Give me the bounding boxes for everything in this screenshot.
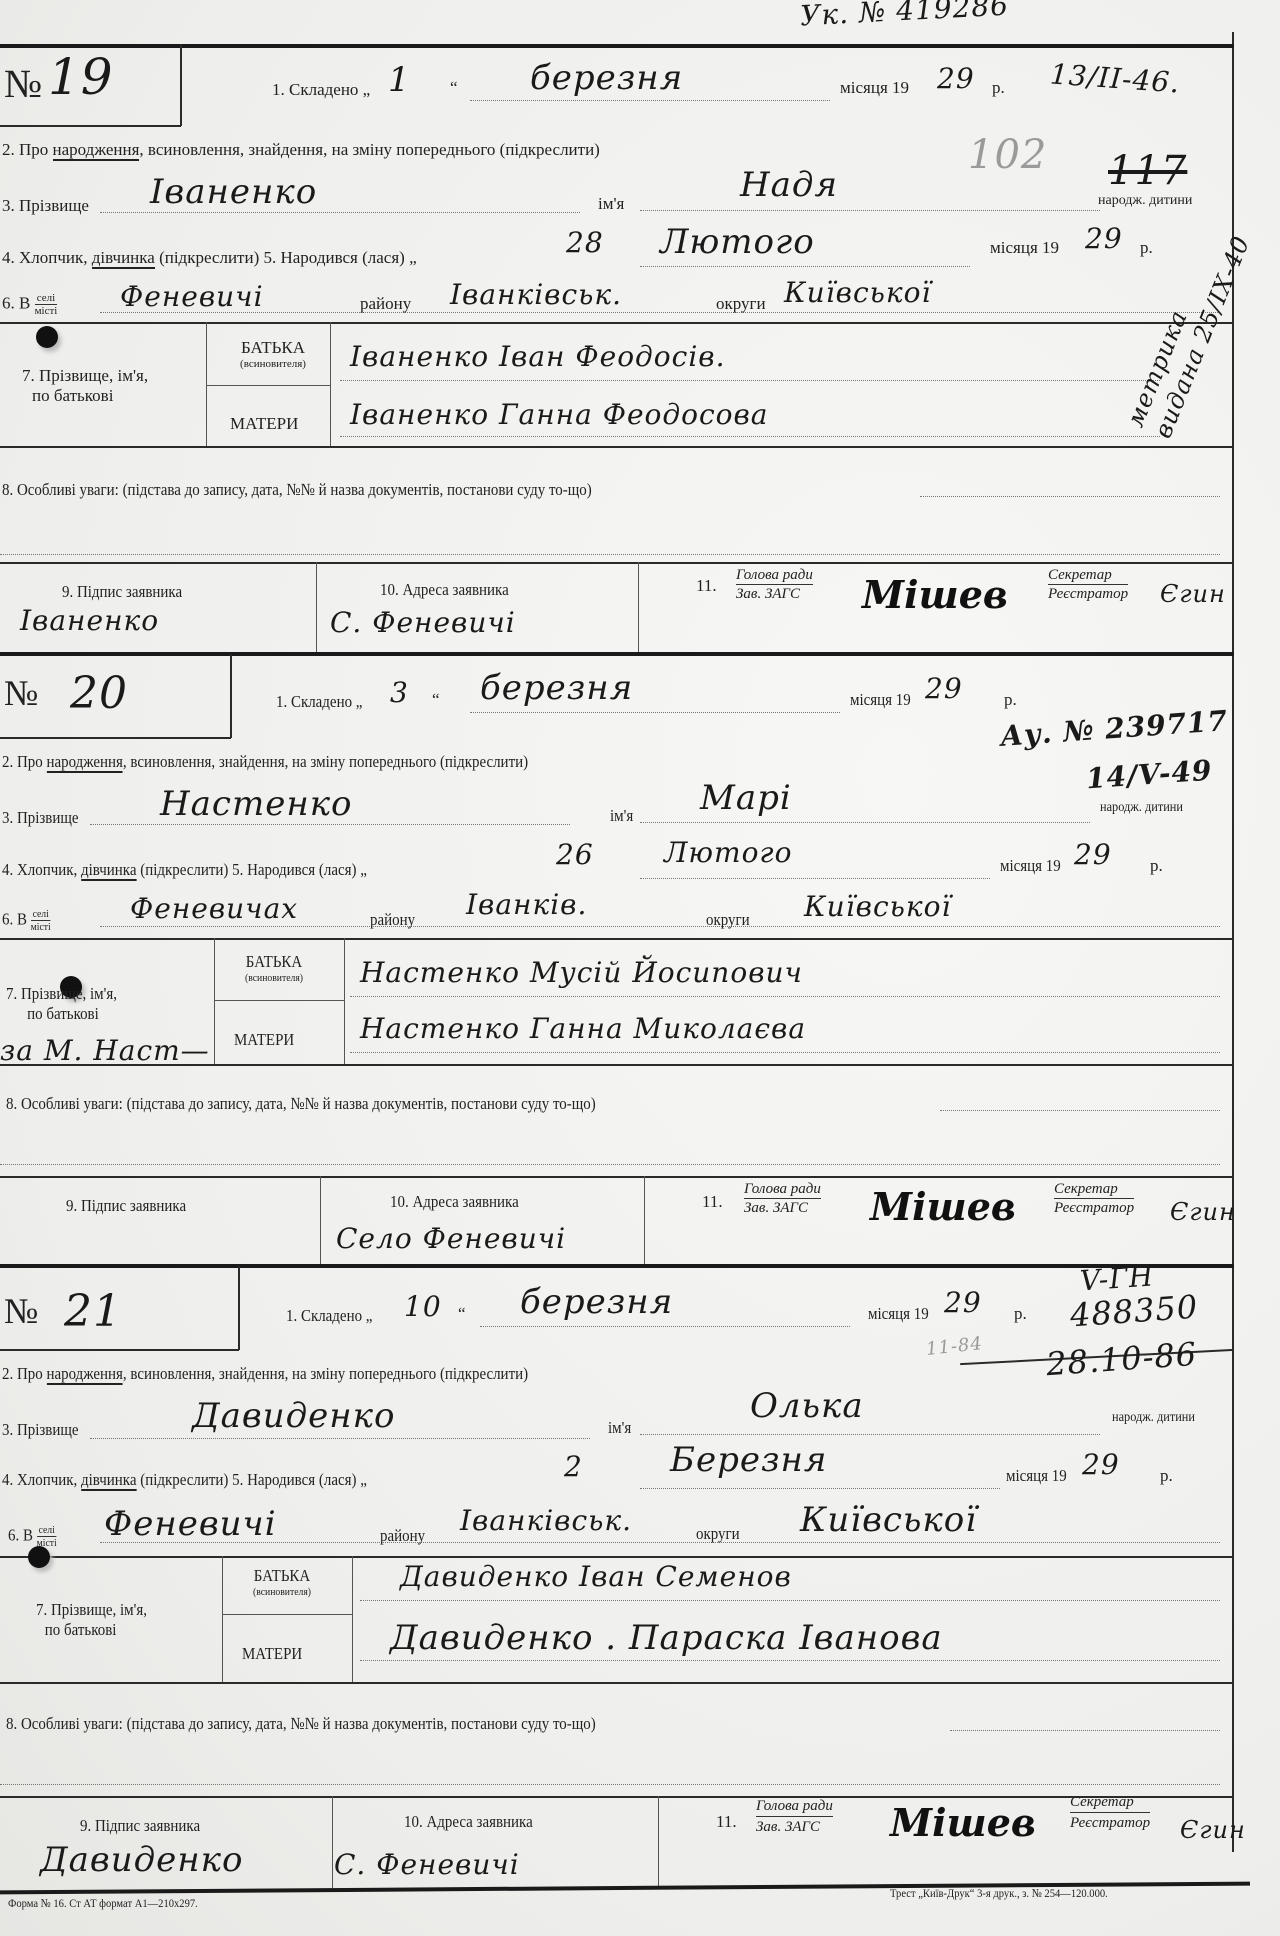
secretary-label: СекретарРеєстратор [1048,566,1128,603]
birth-year-suffix: р. [1140,238,1153,258]
record-top-rule [0,44,1234,48]
surname-label: 3. Прізвище [2,1420,79,1440]
name-label: ім'я [608,1418,631,1438]
field11-label: 11. [702,1192,723,1212]
applicant-address-label: 10. Адреса заявника [380,580,509,600]
side-note-faint: 11-84 [925,1333,984,1360]
birth-day: 26 [556,838,594,871]
okruha-label: округи [716,294,766,314]
surname: Іваненко [150,172,317,212]
district: Іванків. [466,888,587,921]
dotline [0,1784,1220,1785]
dotline [940,1110,1220,1111]
composed-label: 1. Складено „ [276,692,362,712]
birth-year-suffix: р. [1160,1466,1173,1486]
birth-month: Березня [670,1440,827,1480]
name-label: ім'я [598,194,624,214]
dotline [360,1660,1220,1661]
village: Феневичі [104,1504,277,1544]
mother-name: Настенко Ганна Миколаєва [360,1012,806,1045]
rule [0,938,1234,940]
divider [330,322,331,446]
month-label: місяця 19 [840,78,909,98]
dotline [470,712,840,713]
rule [0,1176,1234,1178]
composed-month: березня [530,58,683,98]
father-label: БАТЬКА(всиновителя) [230,952,318,984]
birth-month-label: місяця 19 [1006,1466,1067,1486]
given-name: Надя [740,165,838,205]
field2-label: 2. Про народження, всиновлення, знайденн… [2,1364,528,1384]
mother-label: МАТЕРИ [234,1030,294,1050]
dotline [640,1488,1000,1489]
head-signature: Мішев [890,1800,1036,1845]
record-number: 21 [64,1286,122,1337]
given-name: Олька [750,1386,864,1426]
register-page: Ук. № 419286 № 19 1. Складено „ 1 “ бере… [0,0,1280,1936]
punch-hole [36,326,58,348]
okruha-label: округи [696,1524,740,1544]
district-label: району [360,294,411,314]
birth-day: 2 [564,1450,583,1483]
gender-birth-label: 4. Хлопчик, дівчинка (підкреслити) 5. На… [2,1470,367,1490]
district: Іванківськ. [460,1504,632,1537]
side-note-date: 13/ІІ-46. [1049,57,1181,99]
field11-label: 11. [716,1812,737,1832]
divider [644,1176,645,1264]
birth-month-label: місяця 19 [1000,856,1061,876]
composed-month: березня [520,1282,673,1322]
rule [0,1682,1234,1684]
divider [344,938,345,1064]
special-notes-label: 8. Особливі уваги: (підстава до запису, … [6,1714,596,1734]
footer-printer-info: Трест „Київ-Друк“ 3-я друк., з. № 254—12… [890,1886,1108,1901]
head-label: Голова радиЗав. ЗАГС [744,1180,821,1217]
mother-name: Іваненко Ганна Феодосова [350,398,769,431]
father-name: Давиденко Іван Семенов [400,1560,792,1593]
parents-label: 7. Прізвище, ім'я,по батькові [6,984,117,1024]
mother-name: Давиденко . Параска Іванова [390,1618,943,1658]
rule [0,322,1234,324]
record-bottom-rule [0,1264,1234,1268]
composed-year: 29 [944,1286,982,1319]
mother-dotline [340,436,1160,437]
composed-day: 3 [390,676,409,709]
dotline [480,1326,850,1327]
birth-month: Лютого [664,836,792,869]
birth-month-dotline [640,266,970,267]
applicant-signature: Іваненко [20,604,159,637]
dotline [100,926,1220,927]
okruha: Київської [804,890,951,923]
special-notes-label: 8. Особливі уваги: (підстава до запису, … [6,1094,596,1114]
name-dotline [640,210,1100,211]
divider [222,1556,223,1682]
number-label: № [4,672,38,714]
month-dotline [470,100,830,101]
surname: Настенко [160,784,353,824]
divider [352,1556,353,1682]
record-number: 19 [48,48,114,106]
number-box-bottom [0,737,231,739]
applicant-address-label: 10. Адреса заявника [390,1192,519,1212]
composed-month: березня [480,668,633,708]
left-margin-note: за М. Наст— [0,1034,210,1067]
okruha: Київської [800,1500,977,1540]
dotline [920,496,1220,497]
side-note-doc-number: Ау. № 239717 [999,704,1229,753]
top-annotation: Ук. № 419286 [799,0,1009,32]
field11-label: 11. [696,576,717,596]
parents-label: 7. Прізвище, ім'я,по батькові [22,366,148,406]
name-label: ім'я [610,806,633,826]
parents-label: 7. Прізвище, ім'я,по батькові [36,1600,147,1640]
district-label: району [370,910,415,930]
number-label: № [4,60,42,107]
place-label: 6. В селімісті [8,1524,57,1549]
quote-mark: “ [432,690,440,710]
applicant-address-label: 10. Адреса заявника [404,1812,533,1832]
father-name: Настенко Мусій Йосипович [360,956,803,989]
rule [206,385,330,386]
year-suffix: р. [1014,1304,1027,1324]
rule [222,1614,352,1615]
dotline [640,878,990,879]
applicant-address: С. Феневичі [334,1848,520,1881]
rule [0,1796,1234,1798]
side-note-faint-number: 102 [968,132,1047,178]
dotline [0,554,1220,555]
registrar-signature: Єгин [1170,1198,1236,1226]
birth-day: 28 [566,226,604,259]
surname-label: 3. Прізвище [2,808,79,828]
surname-dotline [100,212,580,213]
father-dotline [340,380,1160,381]
applicant-signature: Давиденко [40,1840,243,1880]
year-suffix: р. [1004,690,1017,710]
dotline [950,1730,1220,1731]
divider [320,1176,321,1264]
registrar-signature: Єгин [1180,1816,1246,1844]
rule [0,446,1234,448]
district: Іванківськ. [450,278,622,311]
number-label: № [4,1290,38,1332]
record-bottom-rule [0,652,1234,656]
applicant-sig-label: 9. Підпис заявника [62,582,182,602]
divider [638,562,639,652]
place-label: 6. В селімісті [2,292,57,317]
composed-label: 1. Складено „ [272,80,370,100]
divider [214,938,215,1064]
right-border [1232,32,1234,1852]
punch-hole [28,1546,50,1568]
composed-day: 10 [404,1290,442,1323]
side-note-struck-number: 117 [1108,148,1187,194]
record-number: 20 [70,668,128,719]
birth-year: 29 [1074,838,1112,871]
place-label: 6. В селімісті [2,908,51,933]
dotline [640,822,1090,823]
mother-label: МАТЕРИ [242,1644,302,1664]
okruha-label: округи [706,910,750,930]
child-label: народж. дитини [1112,1410,1195,1426]
father-label: БАТЬКА(всиновителя) [228,338,318,370]
composed-year: 29 [937,62,975,95]
composed-day: 1 [388,60,411,100]
village: Феневичі [120,280,264,313]
number-box-bottom [0,125,181,127]
birth-year: 29 [1082,1448,1120,1481]
divider [658,1796,659,1888]
birth-month-label: місяця 19 [990,238,1059,258]
head-label: Голова радиЗав. ЗАГС [736,566,813,603]
gender-birth-label: 4. Хлопчик, дівчинка (підкреслити) 5. На… [2,248,417,268]
surname: Давиденко [192,1396,395,1436]
applicant-sig-label: 9. Підпис заявника [66,1196,186,1216]
father-name: Іваненко Іван Феодосів. [350,340,726,373]
applicant-sig-label: 9. Підпис заявника [80,1816,200,1836]
month-label: місяця 19 [850,690,911,710]
dotline [90,824,570,825]
rule [0,562,1234,564]
okruha: Київської [784,276,931,309]
village: Феневичах [130,892,298,925]
dotline [360,1600,1220,1601]
composed-year: 29 [925,672,963,705]
number-box-divider [238,1266,240,1350]
mother-label: МАТЕРИ [230,414,298,434]
secretary-label: СекретарРеєстратор [1054,1180,1134,1217]
district-label: району [380,1526,425,1546]
father-label: БАТЬКА(всиновителя) [238,1566,326,1598]
rule [0,1064,1234,1066]
place-dotline [100,312,1220,313]
number-box-divider [230,654,232,738]
number-box-bottom [0,1349,239,1351]
gender-birth-label: 4. Хлопчик, дівчинка (підкреслити) 5. На… [2,860,367,880]
applicant-address: С. Феневичі [330,606,516,639]
side-note-date: 14/V-49 [1085,754,1213,796]
given-name: Марі [700,778,792,818]
birth-year: 29 [1085,222,1123,255]
divider [316,562,317,652]
child-label: народж. дитини [1100,800,1183,816]
month-label: місяця 19 [868,1304,929,1324]
applicant-address: Село Феневичі [336,1222,566,1255]
special-notes-label: 8. Особливі уваги: (підстава до запису, … [2,480,592,500]
divider [206,322,207,446]
footer-form-info: Форма № 16. Ст АТ формат А1—210х297. [8,1896,198,1911]
divider [332,1796,333,1888]
registrar-signature: Єгин [1160,580,1226,608]
child-label: народж. дитини [1098,193,1192,209]
birth-month: Лютого [660,222,815,262]
dotline [90,1438,590,1439]
quote-mark: “ [450,78,458,98]
surname-label: 3. Прізвище [2,196,89,216]
dotline [350,1052,1220,1053]
field2-label: 2. Про народження, всиновлення, знайденн… [2,752,528,772]
side-note-date: 28.10-86 [1045,1335,1198,1383]
number-box-divider [180,44,182,126]
dotline [350,996,1220,997]
head-signature: Мішев [862,572,1008,617]
birth-year-suffix: р. [1150,856,1163,876]
rule [214,1000,344,1001]
field2-label: 2. Про народження, всиновлення, знайденн… [2,140,600,160]
side-note-doc-number: 488350 [1069,1288,1199,1335]
head-label: Голова радиЗав. ЗАГС [756,1796,833,1837]
dotline [0,1164,1220,1165]
quote-mark: “ [458,1304,466,1324]
head-signature: Мішев [870,1184,1016,1229]
year-suffix: р. [992,78,1005,98]
rule [0,1556,1234,1558]
secretary-label: СекретарРеєстратор [1070,1792,1150,1833]
composed-label: 1. Складено „ [286,1306,372,1326]
dotline [640,1434,1100,1435]
